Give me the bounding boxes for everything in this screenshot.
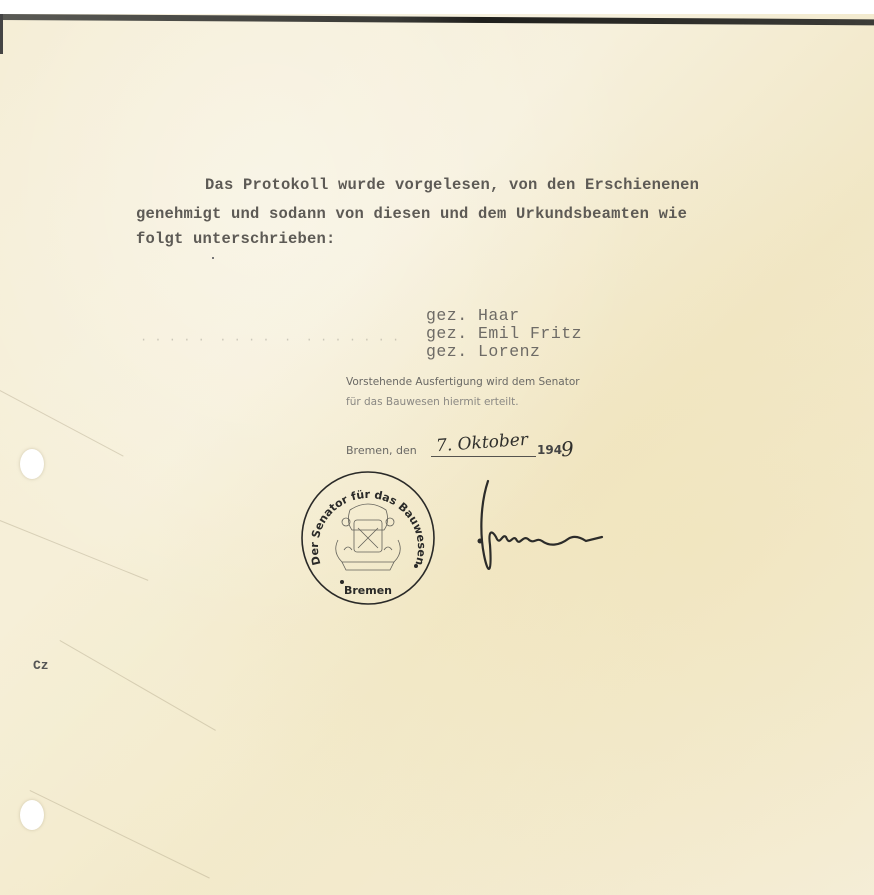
typist-initials: Cz [33, 658, 49, 673]
signature-lorenz: gez. Lorenz [426, 343, 540, 361]
seal-top-text: Der Senator für das Bauwesen [308, 488, 428, 567]
year-handwritten: 9 [560, 437, 574, 462]
coat-of-arms-icon [336, 504, 401, 570]
certification-line-1: Vorstehende Ausfertigung wird dem Senato… [346, 376, 580, 388]
year-printed: 194 [537, 443, 562, 457]
paragraph-line-2: genehmigt und sodann von diesen und dem … [136, 205, 687, 223]
svg-text:Der Senator für das Bauwesen: Der Senator für das Bauwesen [308, 488, 428, 567]
certification-line-2: für das Bauwesen hiermit erteilt. [346, 396, 519, 408]
official-seal: Der Senator für das Bauwesen Bremen [298, 470, 438, 606]
ink-dot [212, 257, 214, 259]
paragraph-line-1: Das Protokoll wurde vorgelesen, von den … [205, 176, 699, 194]
punch-hole [20, 800, 44, 830]
show-through-text: · · · · · · · · · · · · · · · · · [140, 333, 399, 347]
page-left-edge [0, 14, 3, 54]
signature-haar: gez. Haar [426, 307, 520, 325]
handwritten-signature [450, 475, 610, 585]
place-date-prefix: Bremen, den [346, 444, 417, 457]
signature-emil-fritz: gez. Emil Fritz [426, 325, 582, 343]
paragraph-line-3: folgt unterschrieben: [136, 230, 336, 248]
date-underline [431, 456, 536, 457]
punch-hole [20, 449, 44, 479]
seal-bottom-text: Bremen [344, 584, 392, 597]
